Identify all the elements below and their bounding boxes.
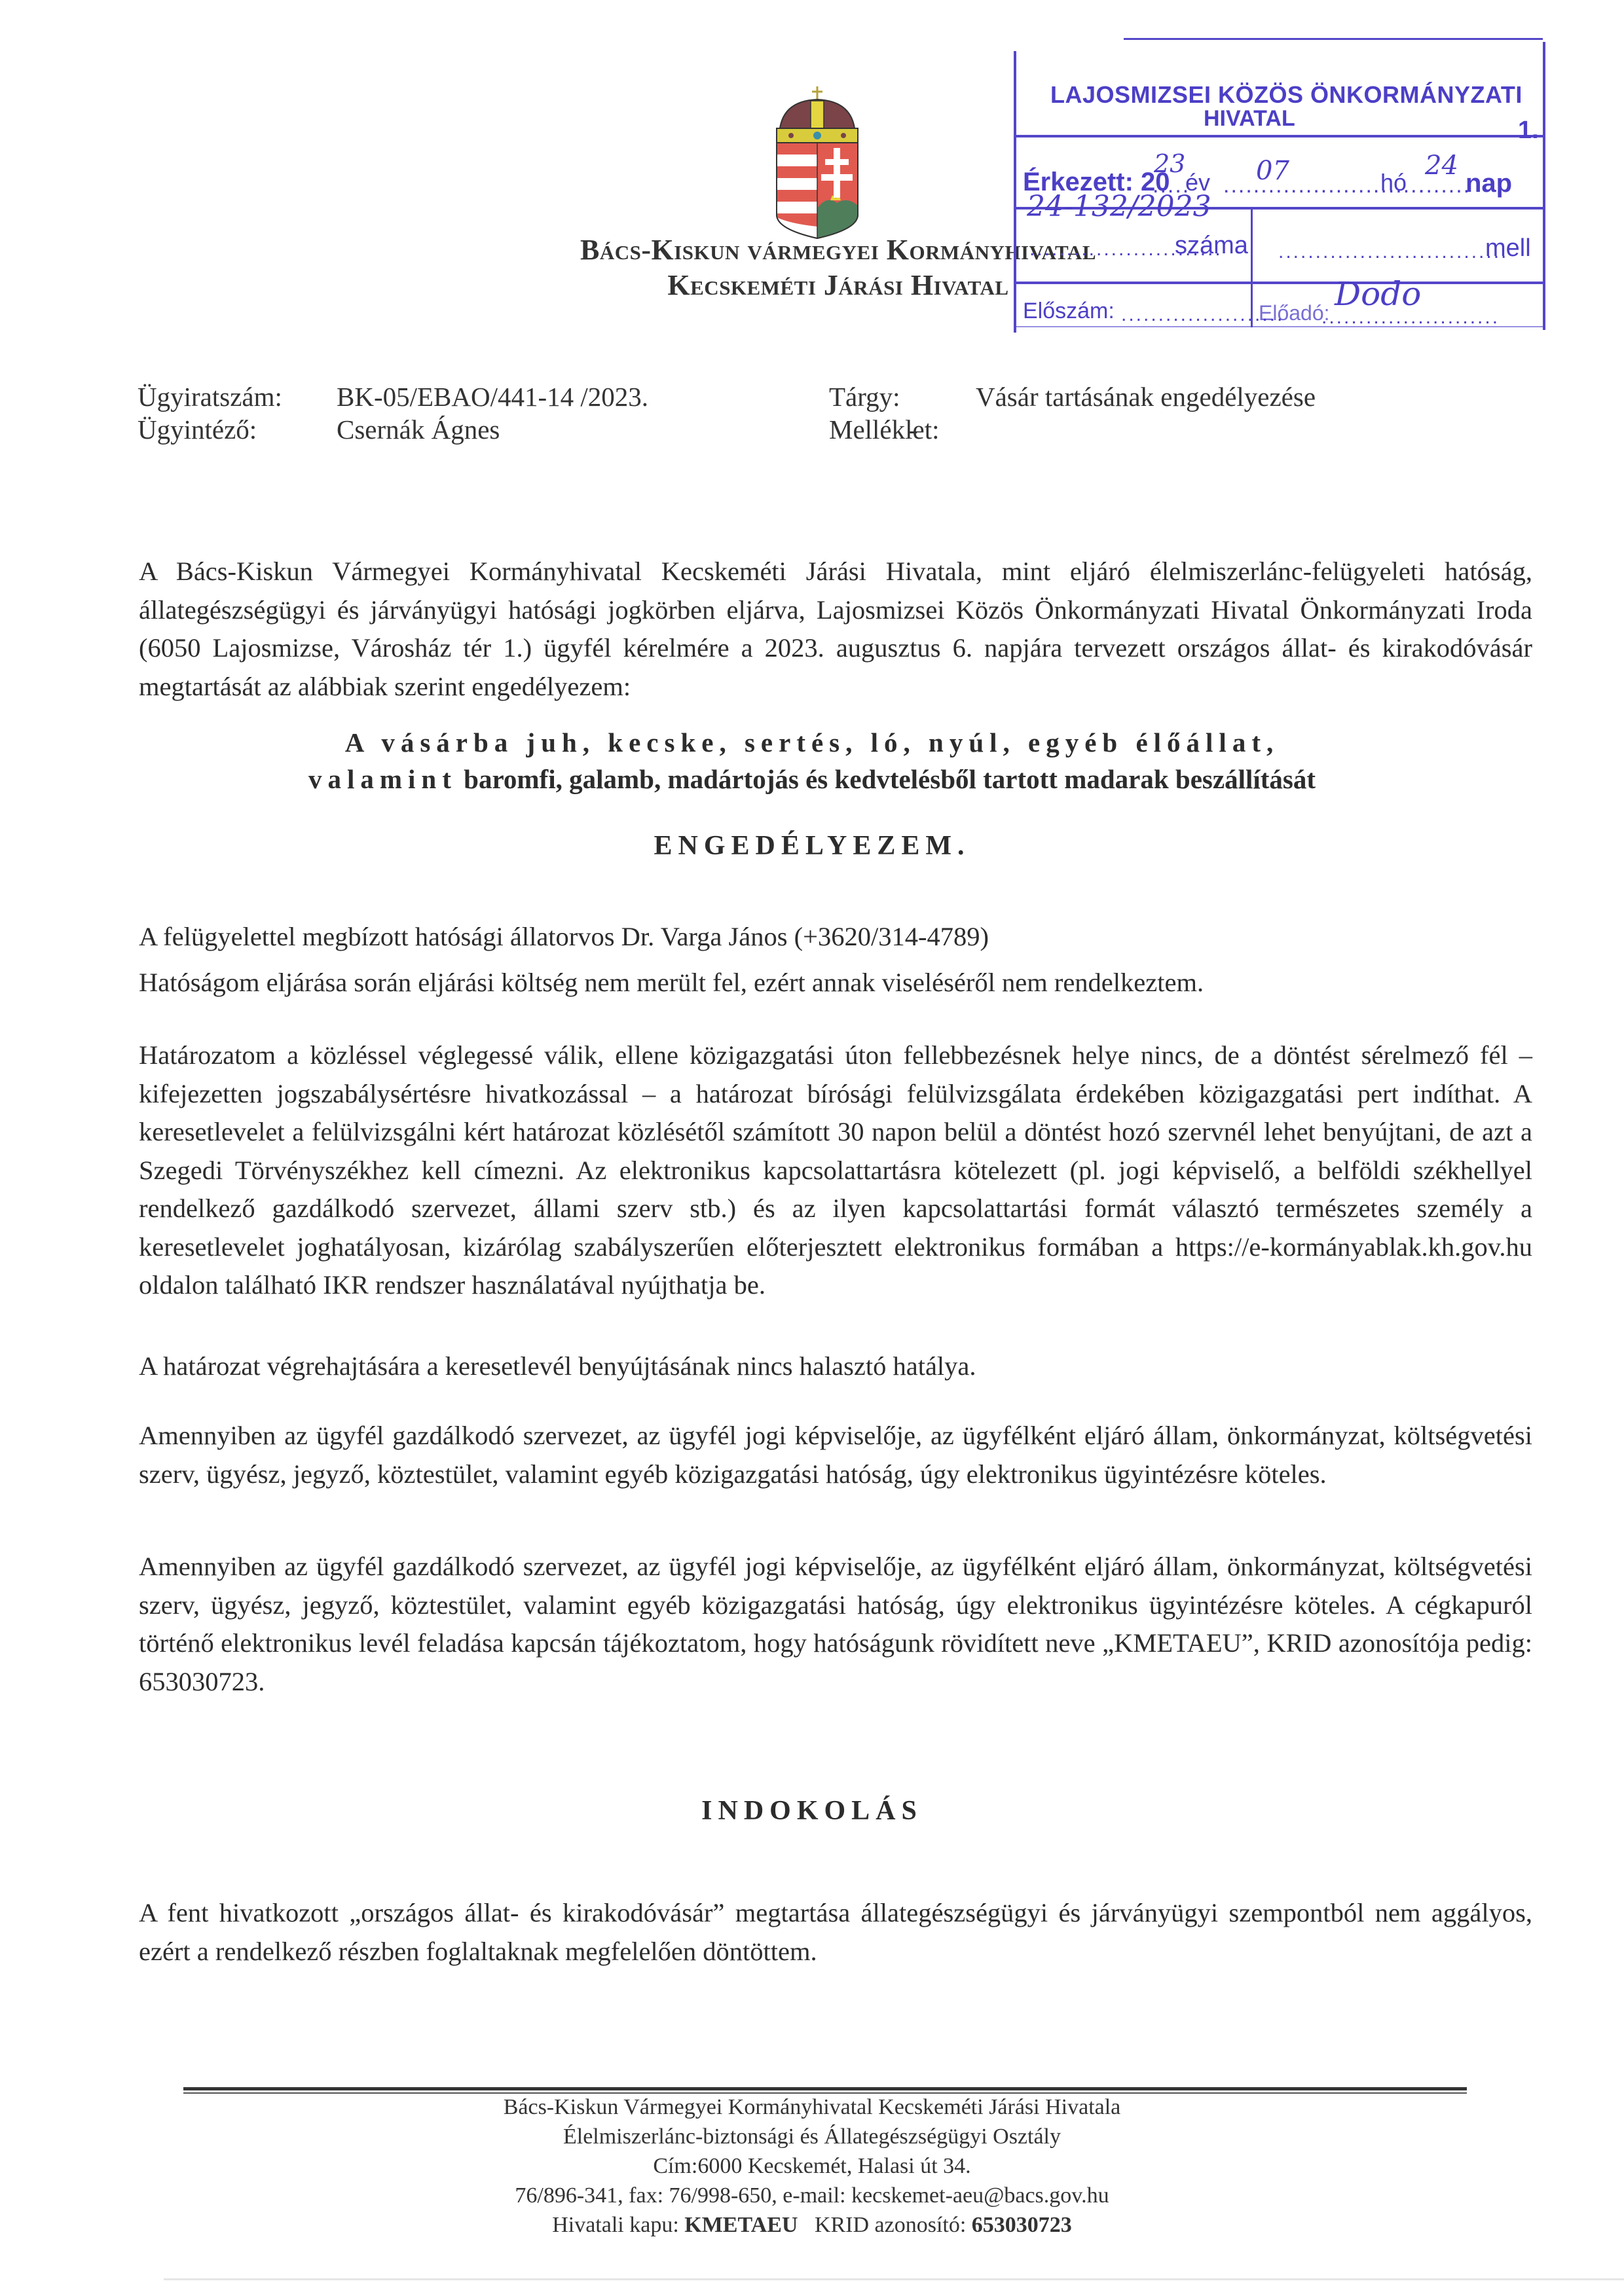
footer-divider — [183, 2087, 1467, 2090]
electronic-paragraph-2: Amennyiben az ügyfél gazdálkodó szerveze… — [139, 1548, 1532, 1701]
footer-kapu-value: KMETAEU — [684, 2213, 798, 2237]
no-suspension-line: A határozat végrehajtására a keresetlevé… — [139, 1347, 1532, 1386]
case-number-label: Ügyiratszám: — [138, 381, 282, 412]
decision-line-2: valamint baromfi, galamb, madártojás és … — [0, 763, 1624, 795]
stamp-page-number: 1. — [1518, 117, 1539, 145]
stamp-file-number: 24-132/2023 — [1027, 190, 1211, 223]
stamp-day-label: nap — [1466, 169, 1512, 198]
footer-krid-label: KRID azonosító: — [815, 2213, 966, 2237]
attachment-label: Melléklet: — [829, 414, 940, 445]
electronic-paragraph-1: Amennyiben az ügyfél gazdálkodó szerveze… — [139, 1417, 1532, 1493]
decision-line-2-spaced: valamint — [308, 764, 457, 794]
attachment: - — [909, 414, 918, 445]
cost-line: Hatóságom eljárása során eljárási költsé… — [139, 964, 1532, 1002]
stamp-number-label: száma — [1175, 232, 1248, 260]
hungarian-coat-of-arms-icon — [765, 84, 870, 241]
reasoning-title: INDOKOLÁS — [0, 1795, 1624, 1827]
stamp-title-line2: HIVATAL — [1204, 106, 1295, 132]
stamp-handler-signature: Dodo — [1335, 275, 1421, 313]
veterinarian-line: A felügyelettel megbízott hatósági állat… — [139, 918, 1532, 957]
footer-office: Bács-Kiskun Vármegyei Kormányhivatal Kec… — [0, 2095, 1624, 2120]
case-number: BK-05/EBAO/441-14 /2023. — [337, 381, 648, 412]
footer-address: Cím:6000 Kecskemét, Halasi út 34. — [0, 2154, 1624, 2179]
administrator: Csernák Ágnes — [337, 414, 500, 445]
stamp-month-label: hó — [1380, 169, 1407, 196]
footer-ids: Hivatali kapu: KMETAEU KRID azonosító: 6… — [0, 2213, 1624, 2238]
decision-line-2-rest: baromfi, galamb, madártojás és kedvtelés… — [464, 764, 1316, 794]
footer-krid-value: 653030723 — [972, 2213, 1072, 2237]
page-edge — [164, 2278, 1624, 2280]
registration-stamp: LAJOSMIZSEI KÖZÖS ÖNKORMÁNYZATI HIVATAL … — [1014, 38, 1556, 339]
footer-divider-thin — [183, 2092, 1467, 2094]
intro-paragraph: A Bács-Kiskun Vármegyei Kormányhivatal K… — [139, 553, 1532, 706]
decision-line-1: A vásárba juh, kecske, sertés, ló, nyúl,… — [0, 727, 1624, 758]
footer-kapu-label: Hivatali kapu: — [552, 2213, 679, 2237]
reasoning-paragraph: A fent hivatkozott „országos állat- és k… — [139, 1894, 1532, 1971]
stamp-attachment-label: mell — [1485, 234, 1531, 263]
administrator-label: Ügyintéző: — [138, 414, 257, 445]
subject: Vásár tartásának engedélyezése — [976, 381, 1316, 412]
stamp-received-month: 07 — [1256, 156, 1289, 186]
subject-label: Tárgy: — [829, 381, 900, 412]
footer-department: Élelmiszerlánc-biztonsági és Állategészs… — [0, 2124, 1624, 2149]
stamp-handler-label: Előadó: — [1259, 301, 1330, 325]
decision-verb: ENGEDÉLYEZEM. — [0, 830, 1624, 862]
stamp-title: LAJOSMIZSEI KÖZÖS ÖNKORMÁNYZATI — [1050, 81, 1522, 109]
appeal-paragraph: Határozatom a közléssel véglegessé válik… — [139, 1036, 1532, 1305]
footer-contacts: 76/896-341, fax: 76/998-650, e-mail: kec… — [0, 2183, 1624, 2208]
stamp-prev-number-label: Előszám: — [1023, 299, 1115, 324]
